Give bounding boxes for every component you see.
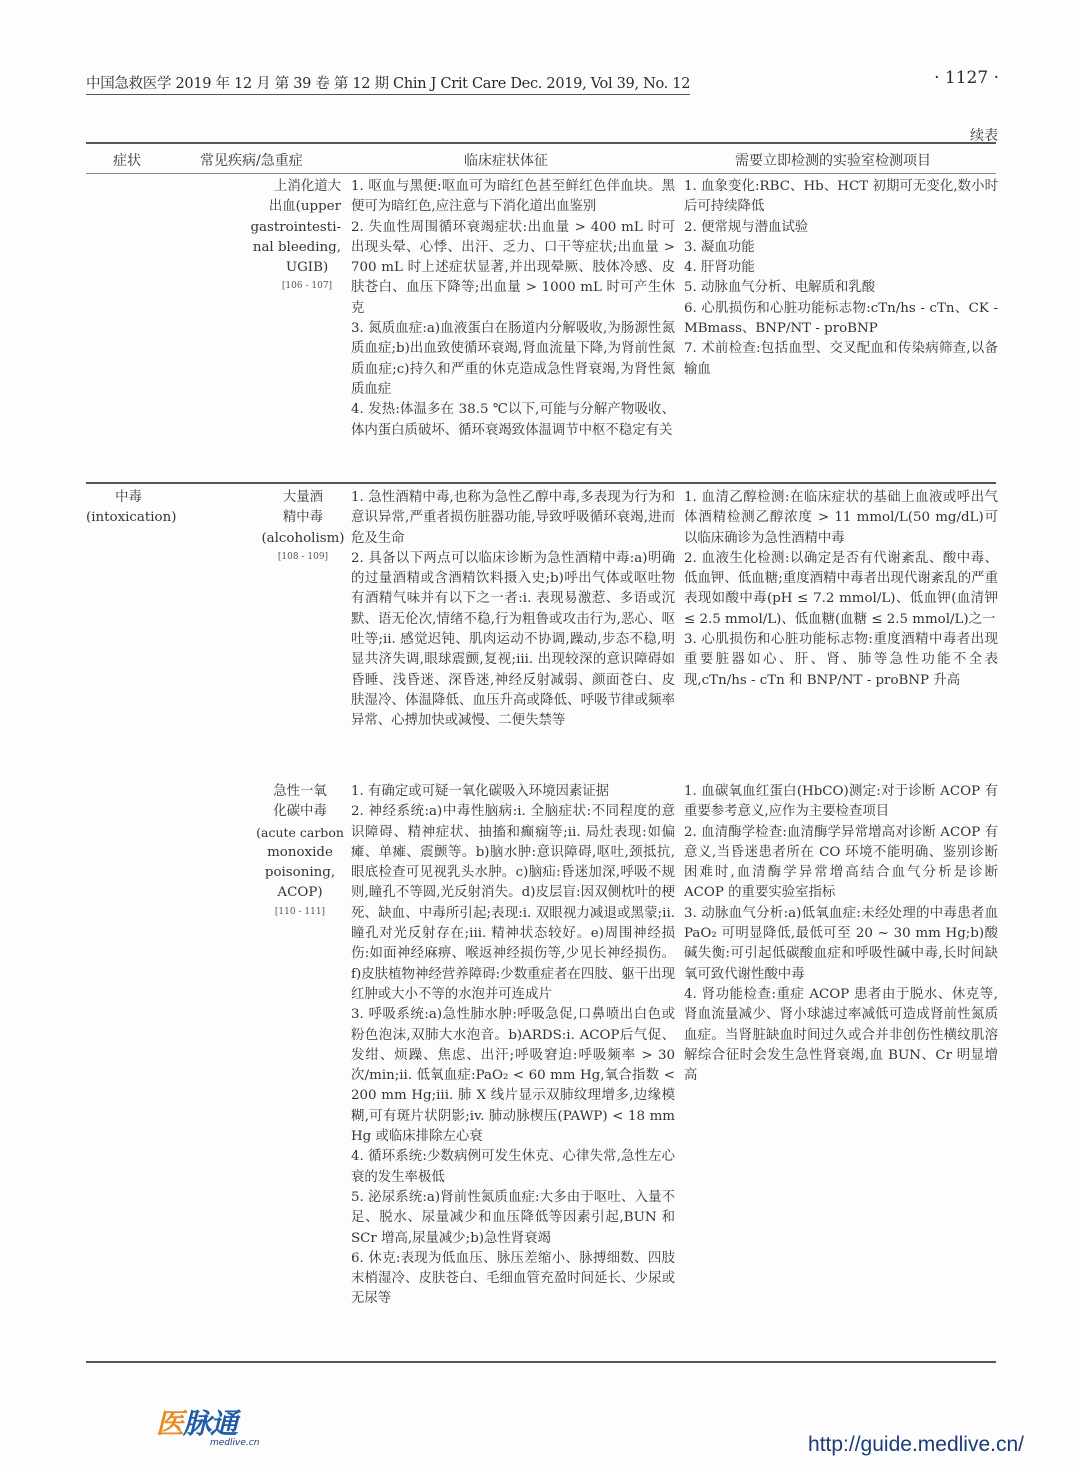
clinical-item: 1. 呕血与黑便:呕血可为暗红色甚至鲜红色伴血块。黑便可为暗红色,应注意与下消化… [351,177,675,218]
page-number: · 1127 · [934,68,999,88]
disease-line: nal bleeding, [243,238,341,258]
citation-reference: [108 - 109] [258,549,348,565]
table-row-alcoholism-clinical: 1. 急性酒精中毒,也称为急性乙醇中毒,多表现为行为和意识异常,严重者损伤脏器功… [351,488,675,732]
medlive-logo[interactable]: 医脉通 medlive.cn [156,1402,266,1460]
clinical-item: 3. 氮质血症:a)血液蛋白在肠道内分解吸收,为肠源性氮质血症;b)出血致使循环… [351,319,675,400]
disease-line: 精中毒 [258,508,348,528]
lab-item: 4. 肾功能检查:重症 ACOP 患者由于脱水、休克等,肾血流量减少、肾小球滤过… [684,985,998,1086]
lab-item: 1. 血象变化:RBC、Hb、HCT 初期可无变化,数小时后可持续降低 [684,177,998,218]
table-header-rule [86,173,996,174]
table-bottom-rule [86,1361,996,1363]
lab-item: 7. 术前检查:包括血型、交叉配血和传染病筛查,以备输血 [684,339,998,380]
clinical-item: 2. 具备以下两点可以临床诊断为急性酒精中毒:a)明确的过量酒精或含酒精饮料摄入… [351,549,675,732]
clinical-item: 3. 呼吸系统:a)急性肺水肿:呼吸急促,口鼻喷出白色或粉色泡沫,双肺大水泡音。… [351,1005,675,1147]
disease-line: 化碳中毒 [252,802,348,822]
disease-line: 急性一氧 [252,782,348,802]
table-row-ugib-clinical: 1. 呕血与黑便:呕血可为暗红色甚至鲜红色伴血块。黑便可为暗红色,应注意与下消化… [351,177,675,441]
clinical-item: 2. 失血性周围循环衰竭症状:出血量 > 400 mL 时可出现头晕、心悸、出汗… [351,218,675,319]
column-header-lab: 需要立即检测的实验室检测项目 [735,150,931,170]
lab-item: 3. 凝血功能 [684,238,998,258]
column-header-clinical: 临床症状体征 [464,150,548,170]
citation-reference: [106 - 107] [243,278,341,294]
symptom-name-en: (intoxication) [86,508,171,528]
table-row-alcoholism-disease: 大量酒 精中毒 (alcoholism) [108 - 109] [258,488,348,565]
table-row-acop-disease: 急性一氧 化碳中毒 (acute carbon monoxide poisoni… [252,782,348,920]
running-header: 中国急救医学 2019 年 12 月 第 39 卷 第 12 期 Chin J … [86,70,999,96]
disease-line: (acute carbon [252,823,348,843]
logo-yi-glyph: 医 [156,1407,183,1440]
clinical-item: 1. 急性酒精中毒,也称为急性乙醇中毒,多表现为行为和意识异常,严重者损伤脏器功… [351,488,675,549]
logo-text: 脉通 [183,1407,237,1440]
disease-line: (alcoholism) [258,529,348,549]
clinical-item: 2. 神经系统:a)中毒性脑病:i. 全脑症状:不同程度的意识障碍、精神症状、抽… [351,802,675,1005]
disease-line: monoxide [252,843,348,863]
disease-line: 上消化道大 [243,177,341,197]
clinical-item: 4. 循环系统:少数病例可发生休克、心律失常,急性左心衰的发生率极低 [351,1147,675,1188]
table-row-acop-lab: 1. 血碳氧血红蛋白(HbCO)测定:对于诊断 ACOP 有重要参考意义,应作为… [684,782,998,1086]
disease-line: poisoning, [252,863,348,883]
disease-line: 大量酒 [258,488,348,508]
lab-item: 3. 心肌损伤和心脏功能标志物:重度酒精中毒者出现重要脏器如心、肝、肾、肺等急性… [684,630,998,691]
clinical-item: 1. 有确定或可疑一氧化碳吸入环境因素证据 [351,782,675,802]
lab-item: 5. 动脉血气分析、电解质和乳酸 [684,278,998,298]
disease-line: ACOP) [252,883,348,903]
lab-item: 1. 血清乙醇检测:在临床症状的基础上血液或呼出气体酒精检测乙醇浓度 > 11 … [684,488,998,549]
disease-line: gastrointesti- [243,218,341,238]
symptom-name: 中毒 [86,488,171,508]
logo-subtext: medlive.cn [210,1438,259,1448]
logo-wordmark: 医脉通 [156,1402,237,1442]
table-top-rule [86,142,996,144]
journal-citation: 中国急救医学 2019 年 12 月 第 39 卷 第 12 期 Chin J … [86,72,690,95]
citation-reference: [110 - 111] [252,904,348,920]
column-header-symptom: 症状 [113,150,141,170]
column-header-disease: 常见疾病/急重症 [200,150,303,170]
lab-item: 2. 血清酶学检查:血清酶学异常增高对诊断 ACOP 有意义,当昏迷患者所在 C… [684,823,998,904]
disease-line: UGIB) [243,258,341,278]
clinical-item: 5. 泌尿系统:a)肾前性氮质血症:大多由于呕吐、入量不足、脱水、尿量减少和血压… [351,1188,675,1249]
table-row-ugib-disease: 上消化道大 出血(upper gastrointesti- nal bleedi… [243,177,341,294]
lab-item: 1. 血碳氧血红蛋白(HbCO)测定:对于诊断 ACOP 有重要参考意义,应作为… [684,782,998,823]
lab-item: 2. 血液生化检测:以确定是否有代谢紊乱、酸中毒、低血钾、低血糖;重度酒精中毒者… [684,549,998,630]
table-row-acop-clinical: 1. 有确定或可疑一氧化碳吸入环境因素证据 2. 神经系统:a)中毒性脑病:i.… [351,782,675,1310]
clinical-item: 6. 休克:表现为低血压、脉压差缩小、脉搏细数、四肢末梢湿冷、皮肤苍白、毛细血管… [351,1249,675,1310]
footer-url-link[interactable]: http://guide.medlive.cn/ [808,1433,1024,1457]
lab-item: 2. 便常规与潜血试验 [684,218,998,238]
disease-line: 出血(upper [243,197,341,217]
lab-item: 6. 心肌损伤和心脏功能标志物:cTn/hs - cTn、CK - MBmass… [684,299,998,340]
table-row-intoxication-symptom: 中毒 (intoxication) [86,488,171,529]
lab-item: 4. 肝肾功能 [684,258,998,278]
table-row-alcoholism-lab: 1. 血清乙醇检测:在临床症状的基础上血液或呼出气体酒精检测乙醇浓度 > 11 … [684,488,998,691]
section-divider-rule [86,482,996,484]
lab-item: 3. 动脉血气分析:a)低氧血症:未经处理的中毒患者血 PaO₂ 可明显降低,最… [684,904,998,985]
table-row-ugib-lab: 1. 血象变化:RBC、Hb、HCT 初期可无变化,数小时后可持续降低 2. 便… [684,177,998,380]
clinical-item: 4. 发热:体温多在 38.5 ℃以下,可能与分解产物吸收、体内蛋白质破坏、循环… [351,400,675,441]
